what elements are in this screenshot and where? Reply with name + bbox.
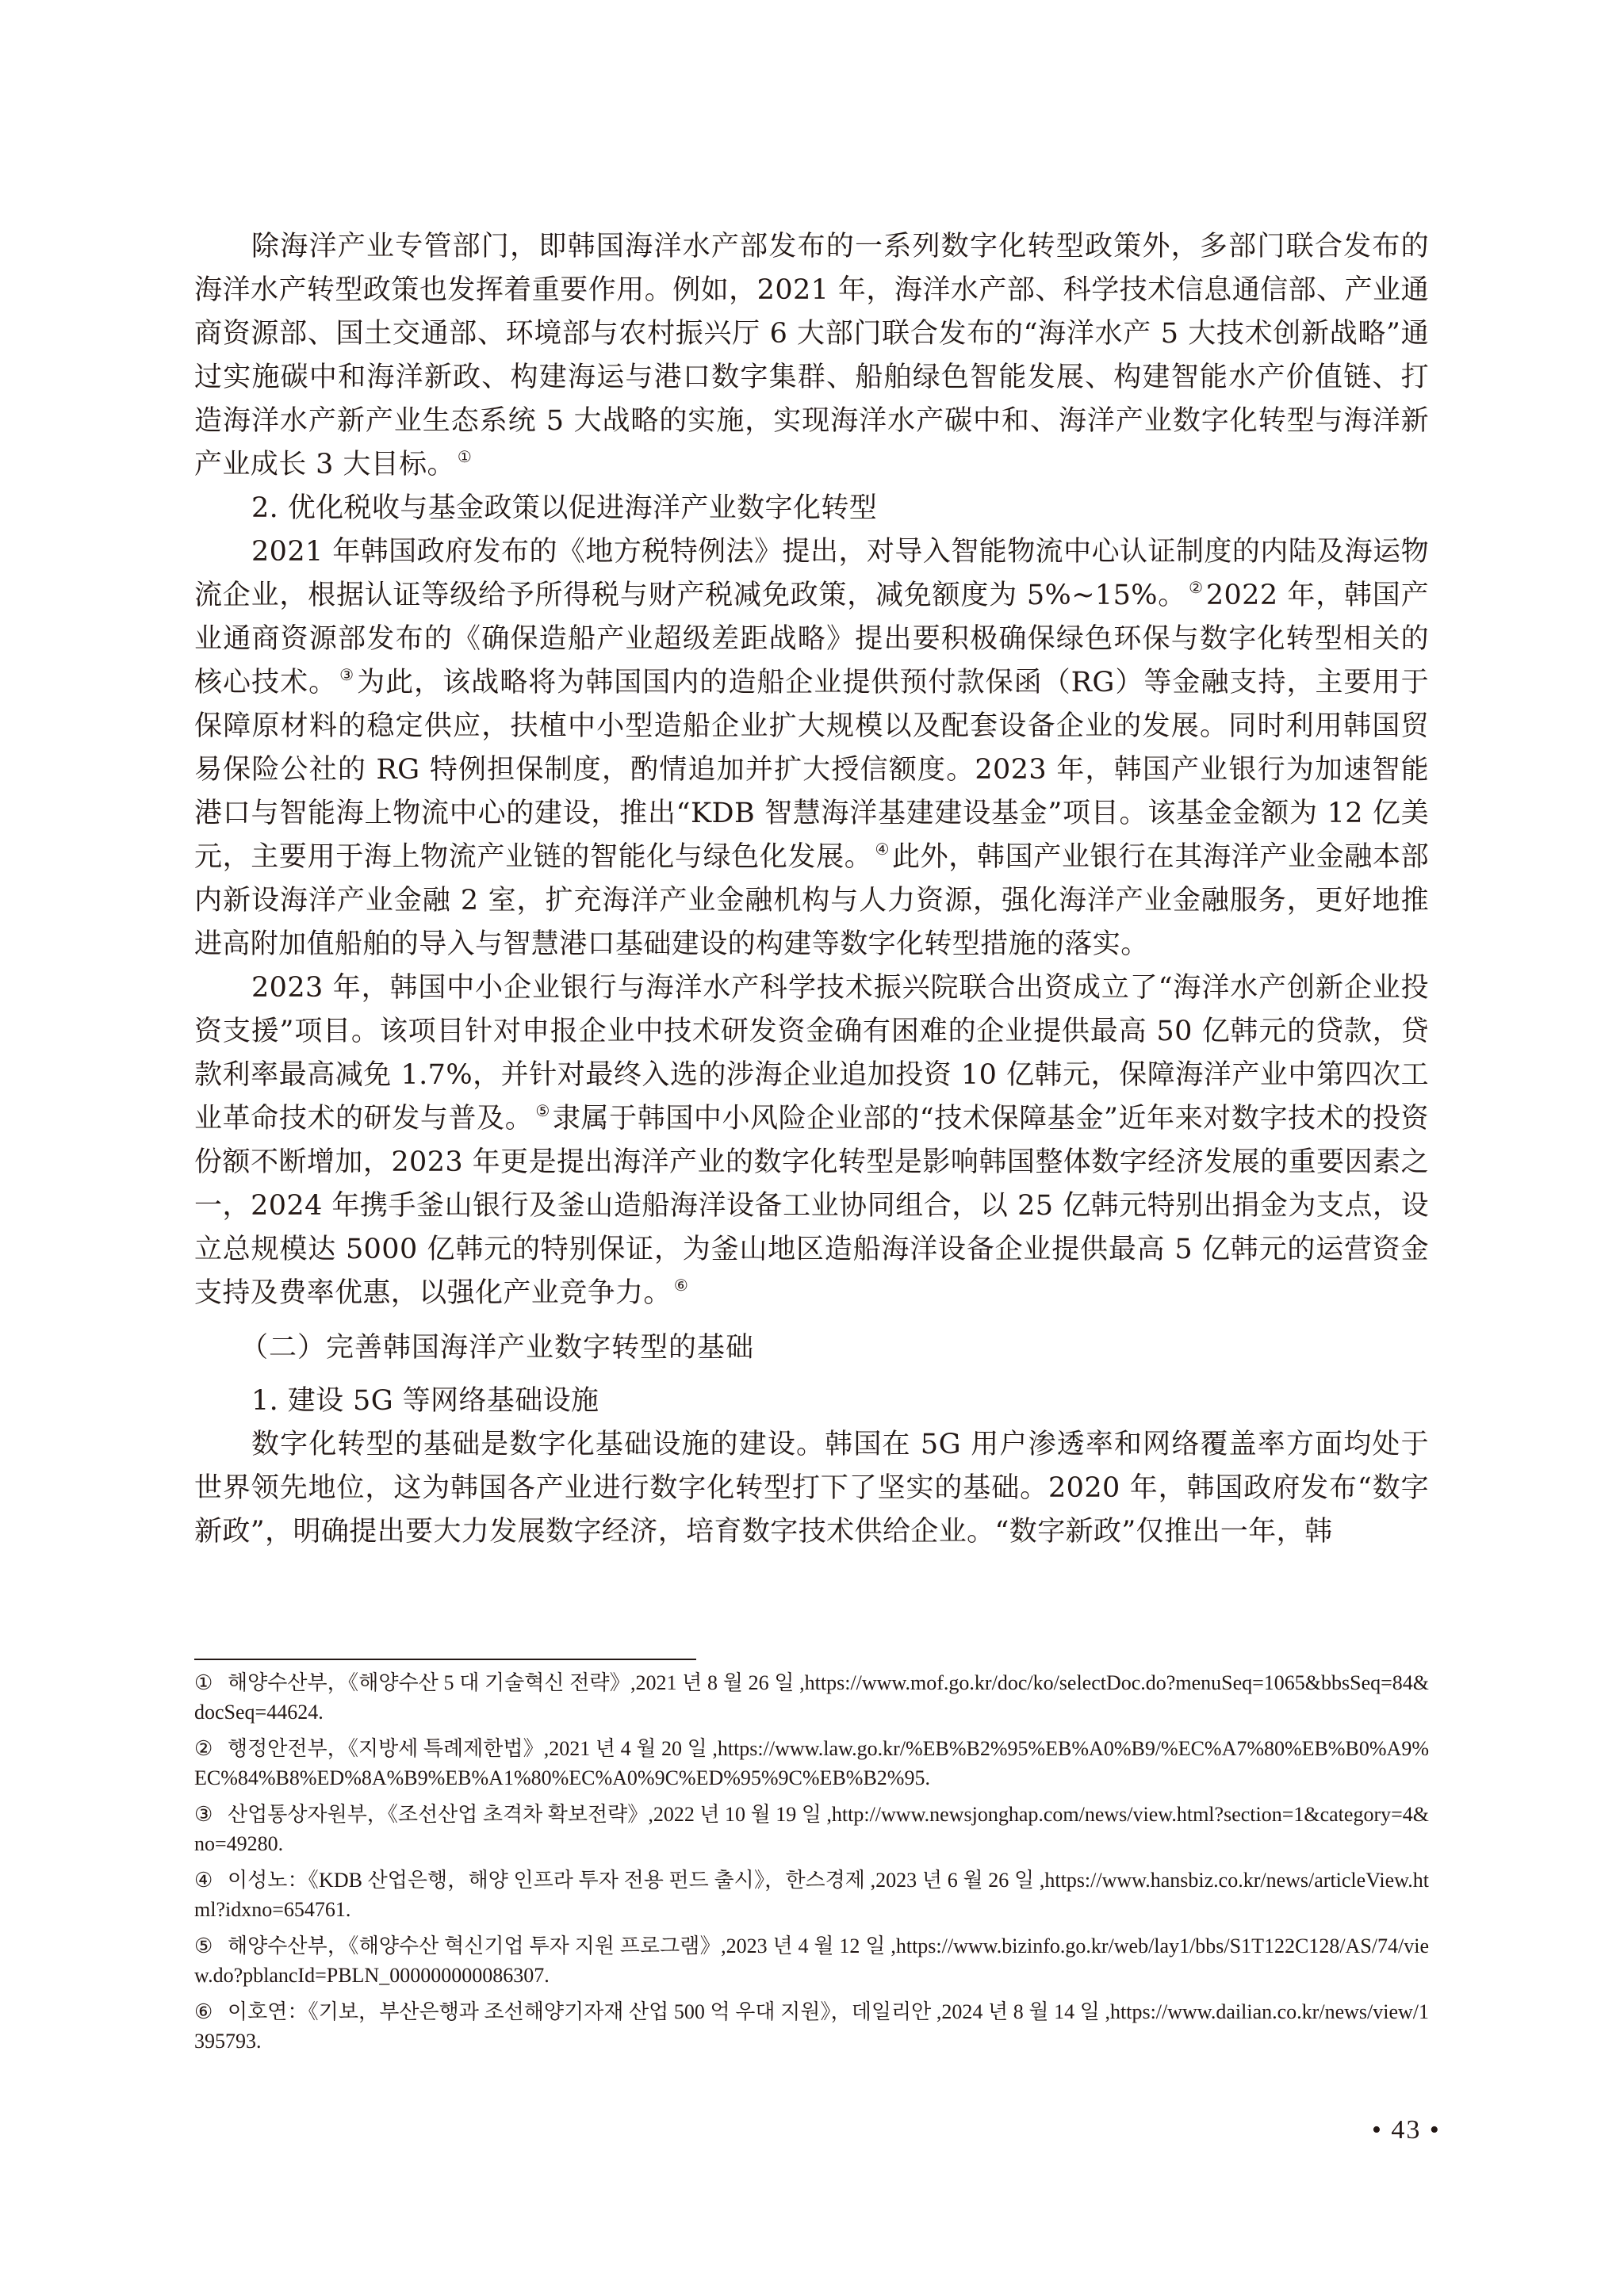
footnote-text: 산업통상자원부，《조선산업 초격차 확보전략》,2022 년 10 월 19 일… bbox=[194, 1803, 1429, 1855]
footnotes: ①해양수산부，《해양수산 5 대 기술혁신 전략》,2021 년 8 월 26 … bbox=[194, 1668, 1429, 2063]
section-heading: （二）完善韩国海洋产业数字转型的基础 bbox=[194, 1326, 1429, 1370]
footnote-text: 행정안전부，《지방세 특례제한법》,2021 년 4 월 20 일 ,https… bbox=[194, 1737, 1429, 1789]
footnote-item: ④이성노：《KDB 산업은행，해양 인프라 투자 전용 펀드 출시》，한스경제 … bbox=[194, 1865, 1429, 1924]
subheading: 2. 优化税收与基金政策以促进海洋产业数字化转型 bbox=[194, 487, 1429, 530]
footnote-mark: ⑥ bbox=[194, 1997, 228, 2026]
footnote-text: 해양수산부，《해양수산 혁신기업 투자 지원 프로그램》,2023 년 4 월 … bbox=[194, 1934, 1429, 1987]
footnote-ref[interactable]: ⑥ bbox=[674, 1276, 688, 1295]
subheading: 1. 建设 5G 等网络基础设施 bbox=[194, 1380, 1429, 1423]
paragraph-text: 除海洋产业专管部门，即韩国海洋水产部发布的一系列数字化转型政策外，多部门联合发布… bbox=[194, 231, 1429, 480]
footnote-mark: ② bbox=[194, 1734, 228, 1763]
footnote-item: ①해양수산부，《해양수산 5 대 기술혁신 전략》,2021 년 8 월 26 … bbox=[194, 1668, 1429, 1727]
page-number: • 43 • bbox=[1372, 2115, 1441, 2145]
paragraph: 2021 年韩国政府发布的《地方税特例法》提出，对导入智能物流中心认证制度的内陆… bbox=[194, 530, 1429, 966]
footnote-divider bbox=[194, 1659, 696, 1660]
footnote-text: 이성노：《KDB 산업은행，해양 인프라 투자 전용 펀드 출시》，한스경제 ,… bbox=[194, 1869, 1429, 1921]
document-page: 除海洋产业专管部门，即韩国海洋水产部发布的一系列数字化转型政策外，多部门联合发布… bbox=[0, 0, 1624, 2296]
paragraph: 2023 年，韩国中小企业银行与海洋水产科学技术振兴院联合出资成立了“海洋水产创… bbox=[194, 966, 1429, 1315]
footnote-text: 이호연：《기보，부산은행과 조선해양기자재 산업 500 억 우대 지원》，데일… bbox=[194, 2000, 1429, 2053]
footnote-mark: ④ bbox=[194, 1865, 228, 1895]
footnote-ref[interactable]: ① bbox=[458, 447, 472, 466]
footnote-ref[interactable]: ② bbox=[1189, 578, 1204, 597]
paragraph: 数字化转型的基础是数字化基础设施的建设。韩国在 5G 用户渗透率和网络覆盖率方面… bbox=[194, 1423, 1429, 1554]
footnote-ref[interactable]: ④ bbox=[875, 840, 890, 859]
footnote-item: ⑥이호연：《기보，부산은행과 조선해양기자재 산업 500 억 우대 지원》，데… bbox=[194, 1997, 1429, 2056]
footnote-mark: ① bbox=[194, 1668, 228, 1697]
body-text: 除海洋产业专管部门，即韩国海洋水产部发布的一系列数字化转型政策外，多部门联合发布… bbox=[194, 225, 1429, 1554]
footnote-text: 해양수산부，《해양수산 5 대 기술혁신 전략》,2021 년 8 월 26 일… bbox=[194, 1671, 1429, 1724]
footnote-mark: ⑤ bbox=[194, 1931, 228, 1961]
footnote-mark: ③ bbox=[194, 1800, 228, 1829]
footnote-item: ⑤해양수산부，《해양수산 혁신기업 투자 지원 프로그램》,2023 년 4 월… bbox=[194, 1931, 1429, 1990]
footnote-item: ②행정안전부，《지방세 특례제한법》,2021 년 4 월 20 일 ,http… bbox=[194, 1734, 1429, 1793]
footnote-item: ③산업통상자원부，《조선산업 초격차 확보전략》,2022 년 10 월 19 … bbox=[194, 1800, 1429, 1858]
footnote-ref[interactable]: ③ bbox=[339, 665, 354, 684]
paragraph: 除海洋产业专管部门，即韩国海洋水产部发布的一系列数字化转型政策外，多部门联合发布… bbox=[194, 225, 1429, 487]
footnote-ref[interactable]: ⑤ bbox=[535, 1101, 550, 1120]
